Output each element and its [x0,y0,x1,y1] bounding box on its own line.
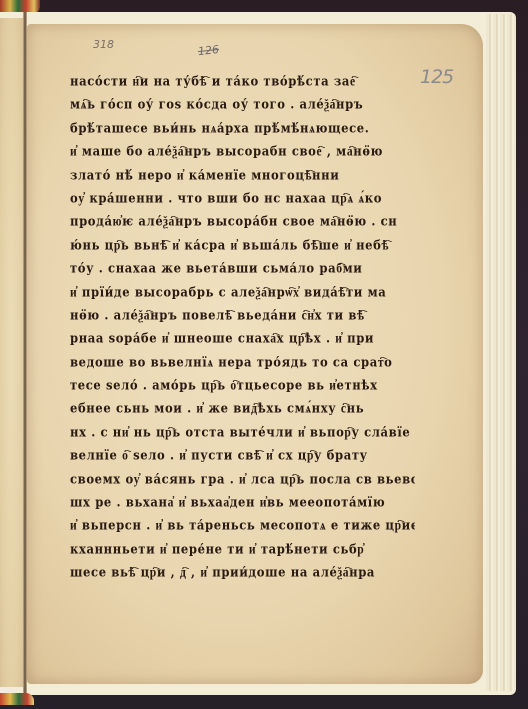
text-line: то́у . снахаа же вьета́вши сьма́ло раб҇м… [70,255,415,282]
manuscript-text-block: насо́сти н҇и на ту́бѣ҇ и та́ко тво́рѣ́ст… [70,70,415,585]
bookmark-tassel-bottom [0,693,34,705]
left-page [0,18,23,687]
page-fore-edges [486,14,516,691]
struck-shelfmark: 126 [197,43,219,58]
pencil-note: 318 [93,38,114,51]
folio-number: 125 [420,66,453,88]
text-line: шесе вьѣ҇ цр҇и , д҇ , и҆ прии́доше на ал… [70,559,415,586]
